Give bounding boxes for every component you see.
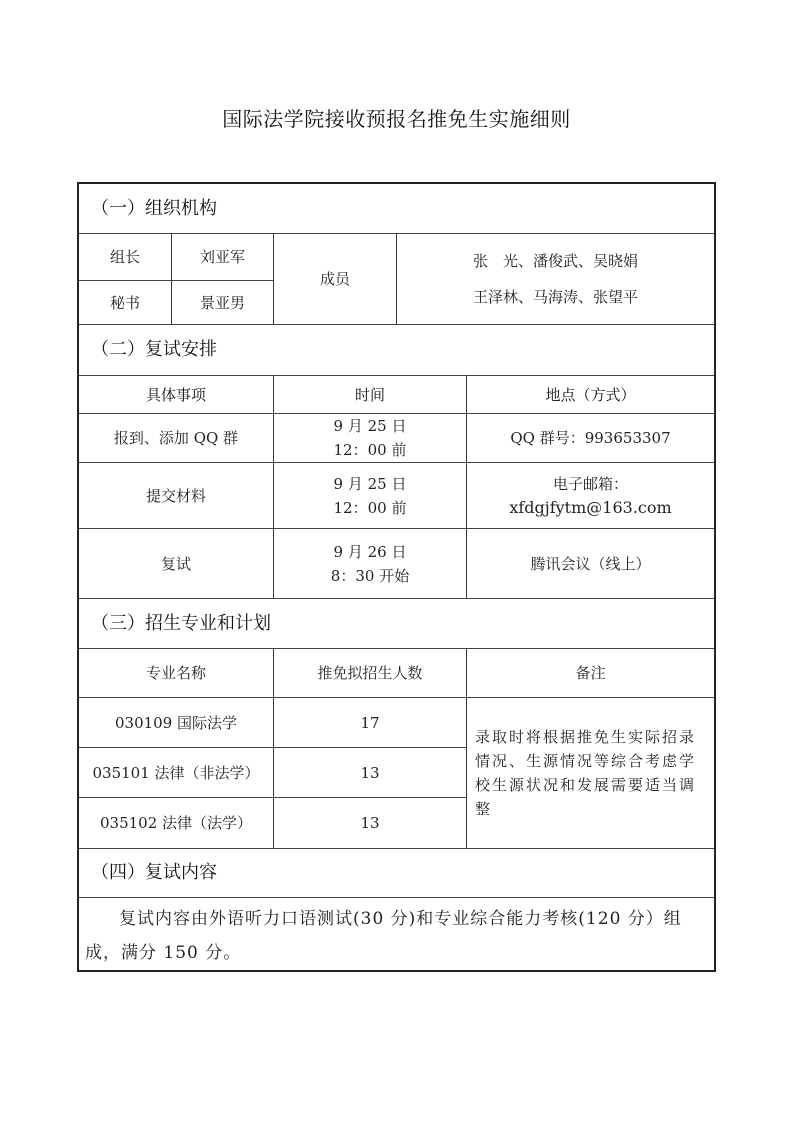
major-name: 035101 法律（非法学）: [79, 748, 273, 797]
leader-label: 组长: [79, 234, 171, 280]
schedule-item: 复试: [79, 529, 273, 598]
secretary-name: 景亚男: [172, 281, 273, 324]
divider: [273, 375, 274, 598]
leader-name: 刘亚军: [172, 234, 273, 280]
section-heading-content: （四）复试内容: [79, 849, 714, 897]
section-heading-organization: （一）组织机构: [79, 184, 714, 233]
time-date: 9 月 25 日: [334, 472, 407, 496]
major-name: 030109 国际法学: [79, 698, 273, 747]
schedule-time: 9 月 25 日 12：00 前: [274, 463, 466, 528]
time-hour: 8：30 开始: [331, 564, 409, 588]
email-address[interactable]: xfdgjfytm@163.com: [509, 496, 671, 520]
schedule-item: 报到、添加 QQ 群: [79, 414, 273, 462]
divider: [466, 375, 467, 598]
column-header-major: 专业名称: [79, 649, 273, 697]
schedule-item: 提交材料: [79, 463, 273, 528]
enrollment-count: 17: [274, 698, 466, 747]
column-header-remark: 备注: [467, 649, 714, 697]
time-date: 9 月 25 日: [334, 414, 407, 438]
divider: [171, 233, 172, 324]
schedule-time: 9 月 25 日 12：00 前: [274, 414, 466, 462]
interview-content-text: 复试内容由外语听力口语测试(30 分)和专业综合能力考核(120 分）组成，满分…: [79, 898, 714, 970]
schedule-place: 电子邮箱： xfdgjfytm@163.com: [467, 463, 714, 528]
members-list: 张 光、潘俊武、吴晓娟 王泽林、马海涛、张望平: [397, 234, 714, 324]
email-label: 电子邮箱：: [553, 472, 628, 496]
enrollment-count: 13: [274, 798, 466, 848]
divider: [466, 648, 467, 848]
column-header-time: 时间: [274, 376, 466, 413]
document-title: 国际法学院接收预报名推免生实施细则: [0, 103, 793, 132]
schedule-place: 腾讯会议（线上）: [467, 529, 714, 598]
enrollment-count: 13: [274, 748, 466, 797]
enrollment-remark: 录取时将根据推免生实际招录情况、生源情况等综合考虑学校生源状况和发展需要适当调整: [467, 698, 714, 848]
schedule-place: QQ 群号：993653307: [467, 414, 714, 462]
divider: [396, 233, 397, 324]
time-date: 9 月 26 日: [334, 540, 407, 564]
column-header-count: 推免拟招生人数: [274, 649, 466, 697]
members-label: 成员: [274, 234, 396, 324]
section-heading-schedule: （二）复试安排: [79, 325, 714, 375]
schedule-time: 9 月 26 日 8：30 开始: [274, 529, 466, 598]
section-heading-enrollment: （三）招生专业和计划: [79, 599, 714, 648]
divider: [79, 280, 273, 281]
members-line-1: 张 光、潘俊武、吴晓娟: [473, 249, 638, 273]
time-hour: 12：00 前: [334, 438, 407, 462]
time-hour: 12：00 前: [334, 496, 407, 520]
secretary-label: 秘书: [79, 281, 171, 324]
divider: [273, 233, 274, 324]
members-line-2: 王泽林、马海涛、张望平: [473, 285, 638, 309]
column-header-place: 地点（方式）: [467, 376, 714, 413]
column-header-item: 具体事项: [79, 376, 273, 413]
divider: [273, 648, 274, 848]
major-name: 035102 法律（法学）: [79, 798, 273, 848]
